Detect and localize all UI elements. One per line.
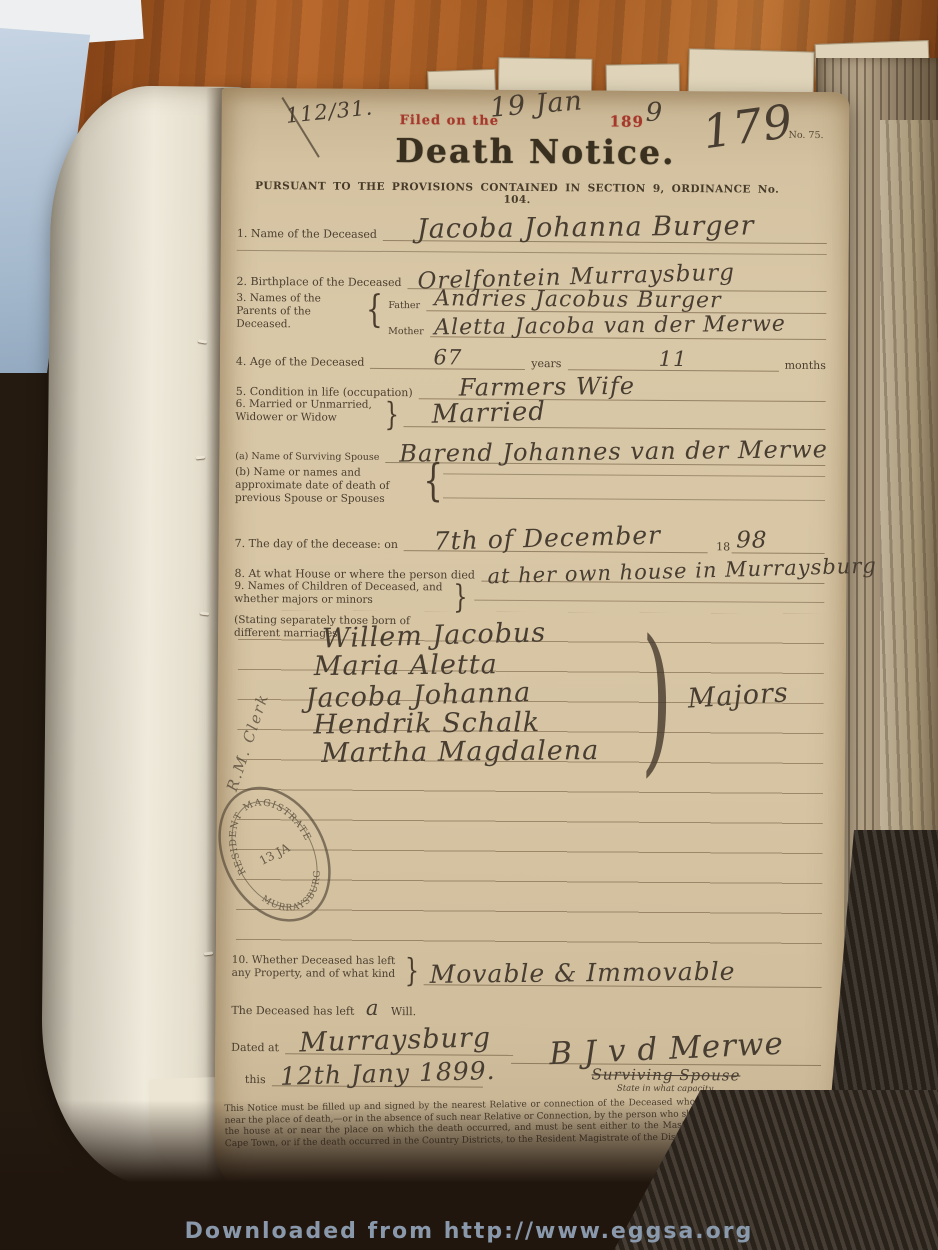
child-name: Maria Aletta bbox=[314, 652, 498, 680]
child-name: Willem Jacobus bbox=[322, 620, 547, 652]
closing-brace: } bbox=[405, 951, 420, 989]
field-mother: Mother Aletta Jacoba van der Merwe bbox=[388, 313, 826, 340]
ruled-line bbox=[237, 250, 827, 255]
field-label: 7. The day of the decease: on bbox=[235, 537, 404, 551]
field-value-handwritten: Barend Johannes van der Merwe bbox=[385, 438, 828, 465]
age-months-handwritten: 11 bbox=[659, 350, 688, 370]
photo-of-death-notice: 112/31. Filed on the 19 Jan 189 9 No. 75… bbox=[0, 0, 938, 1250]
this-label: this bbox=[245, 1073, 272, 1086]
struck-capacity-handwritten: Surviving Spouse bbox=[592, 1068, 741, 1083]
signature-block: B J v d Merwe Surviving Spouse State in … bbox=[511, 1034, 821, 1096]
opening-brace: { bbox=[366, 287, 383, 331]
children-status-handwritten: Majors bbox=[687, 680, 790, 712]
blank-line bbox=[474, 600, 824, 603]
months-unit-label: months bbox=[779, 359, 826, 372]
field-day-of-decease: 7. The day of the decease: on 7th of Dec… bbox=[235, 518, 825, 554]
filed-year-stamp: 189 bbox=[610, 113, 644, 131]
field-place-of-death: 8. At what House or where the person die… bbox=[234, 552, 824, 584]
signature-handwritten: B J v d Merwe bbox=[548, 1030, 784, 1070]
field-father: Father Andries Jacobus Burger bbox=[388, 287, 826, 314]
dated-date-handwritten: 12th Jany 1899. bbox=[271, 1059, 495, 1089]
field-name-of-deceased: 1. Name of the Deceased Jacoba Johanna B… bbox=[237, 206, 827, 244]
field-label: 1. Name of the Deceased bbox=[237, 227, 383, 241]
children-brace: ) bbox=[641, 619, 673, 779]
will-pre-label: The Deceased has left bbox=[231, 1004, 354, 1018]
will-handwritten: a bbox=[358, 999, 388, 1019]
form-content: 112/31. Filed on the 19 Jan 189 9 No. 75… bbox=[214, 88, 850, 1198]
field-label: (a) Name of Surviving Spouse bbox=[235, 451, 385, 463]
field-property-value: Movable & Immovable bbox=[424, 953, 822, 988]
death-notice-form-page: 112/31. Filed on the 19 Jan 189 9 No. 75… bbox=[214, 88, 850, 1198]
field-married-label: 6. Married or Unmarried, Widower or Wido… bbox=[236, 398, 384, 425]
field-label: Father bbox=[388, 300, 426, 311]
form-title: Death Notice. bbox=[221, 130, 849, 173]
dated-place-handwritten: Murraysburg bbox=[285, 1025, 492, 1056]
stamp-date-text: 13 JA bbox=[257, 840, 293, 868]
filed-on-stamp: Filed on the bbox=[400, 113, 499, 129]
dated-at-row: Dated at Murraysburg bbox=[231, 1022, 513, 1056]
field-married-value: Married bbox=[404, 397, 826, 430]
field-label: Mother bbox=[388, 326, 430, 337]
field-parents-label: 3. Names of the Parents of the Deceased. bbox=[236, 292, 362, 332]
years-unit-label: years bbox=[525, 357, 567, 370]
field-value-handwritten: Married bbox=[403, 400, 546, 429]
dated-at-label: Dated at bbox=[231, 1041, 285, 1054]
field-value-handwritten: at her own house in Murraysburg bbox=[481, 557, 877, 588]
field-value-handwritten: Aletta Jacoba van der Merwe bbox=[430, 315, 786, 340]
will-line: The Deceased has left a Will. bbox=[231, 998, 416, 1019]
filed-day-handwritten: 19 Jan bbox=[489, 88, 584, 121]
blank-line bbox=[443, 497, 825, 501]
year-handwritten: 98 bbox=[732, 531, 767, 553]
closing-brace: } bbox=[385, 395, 400, 433]
closing-brace: } bbox=[453, 577, 468, 615]
field-value-handwritten: 7th of December bbox=[404, 524, 662, 555]
opening-brace: { bbox=[423, 455, 443, 506]
field-previous-spouse-label: (b) Name or names and approximate date o… bbox=[235, 466, 421, 507]
field-children-label: 9. Names of Children of Deceased, and wh… bbox=[234, 580, 448, 608]
child-name: Martha Magdalena bbox=[321, 738, 599, 767]
year-prefix-printed: 18 bbox=[708, 540, 732, 553]
field-value-handwritten: Movable & Immovable bbox=[424, 960, 736, 987]
field-value-handwritten: Andries Jacobus Burger bbox=[426, 289, 722, 312]
blank-line bbox=[443, 473, 825, 477]
field-label: 4. Age of the Deceased bbox=[236, 355, 371, 369]
dated-this-row: this 12th Jany 1899. bbox=[245, 1056, 483, 1088]
eggsa-watermark: Downloaded from http://www.eggsa.org bbox=[0, 1219, 938, 1244]
field-property-label: 10. Whether Deceased has left any Proper… bbox=[232, 954, 400, 981]
form-subtitle: PURSUANT TO THE PROVISIONS CONTAINED IN … bbox=[245, 180, 789, 208]
age-years-handwritten: 67 bbox=[433, 348, 462, 368]
field-value-handwritten: Jacoba Johanna Burger bbox=[383, 214, 755, 244]
filed-year-digit-handwritten: 9 bbox=[646, 101, 664, 126]
child-name: Hendrik Schalk bbox=[313, 710, 540, 738]
will-post-label: Will. bbox=[391, 1005, 416, 1018]
field-surviving-spouse: (a) Name of Surviving Spouse Barend Joha… bbox=[235, 434, 825, 466]
field-age: 4. Age of the Deceased 67 years 11 month… bbox=[236, 342, 826, 372]
